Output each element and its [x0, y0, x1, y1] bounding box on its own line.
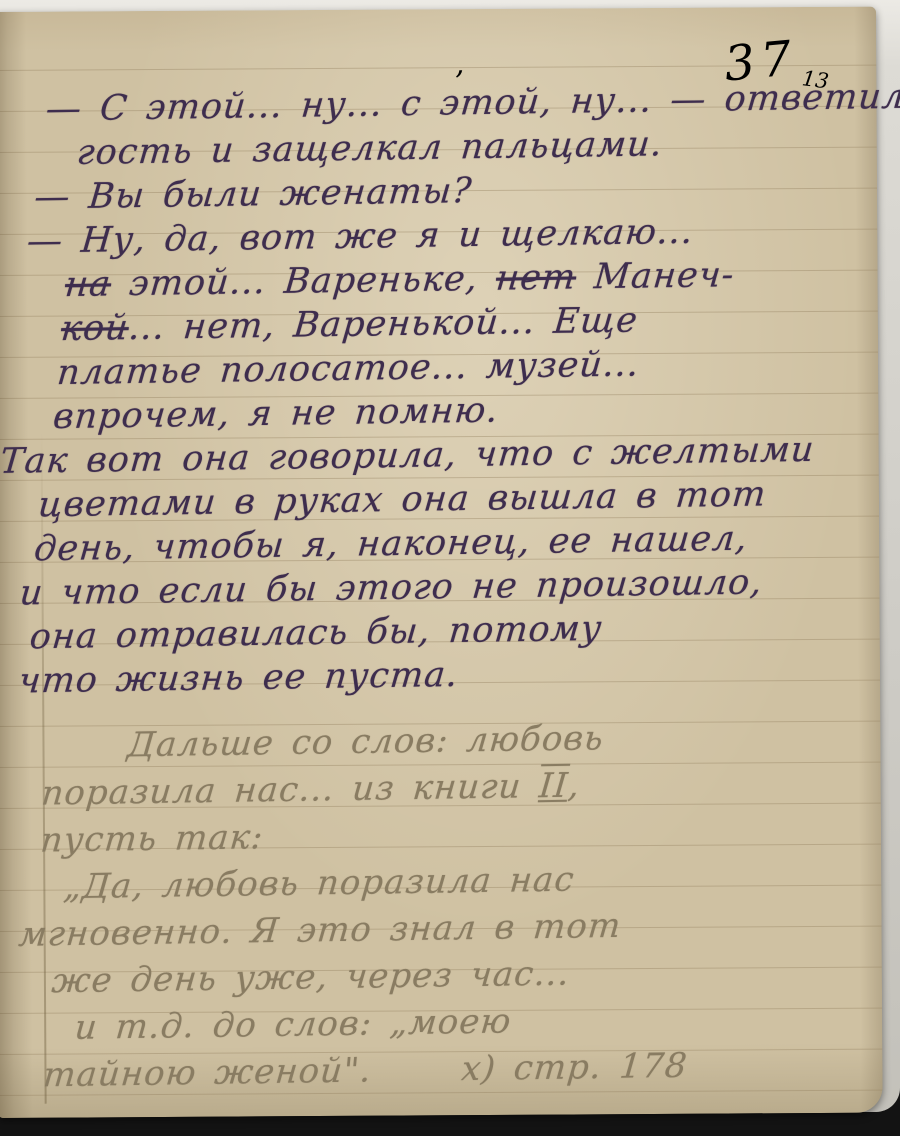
struck-word: кой [59, 308, 130, 349]
handwriting-text: она отравилась бы, потому [28, 609, 604, 658]
ink-manuscript-text: — С этой... ну... с этой, ну... — ответи… [0, 75, 859, 704]
handwriting-text: пусть так: [39, 817, 265, 860]
handwriting-text: II [537, 766, 570, 806]
handwriting-text: впрочем, я не помню. [51, 391, 500, 438]
handwriting-text: — Вы были женаты? [33, 171, 474, 218]
handwriting-text: что жизнь ее пуста. [17, 655, 460, 702]
handwriting-text: и что если бы этого не произошло, [18, 562, 764, 613]
handwriting-text: тайною женой". [42, 1050, 392, 1095]
handwriting-text: ... нет, Варенькой... Еще [127, 301, 640, 349]
handwriting-text: этой... Вареньке, [109, 259, 498, 305]
struck-word: нет [494, 258, 578, 299]
handwriting-text: платье полосатое... музей... [55, 344, 641, 393]
handwriting-text: гость и защелкал пальцами. [75, 124, 664, 173]
handwriting-text: х) стр. 178 [460, 1046, 690, 1089]
photograph-background: 3713 ’ — С этой... ну... с этой, ну... —… [0, 0, 900, 1136]
handwriting-text: поразила нас... из книги [40, 766, 541, 813]
handwriting-text: мгновенно. Я это знал в тот [17, 906, 623, 955]
handwriting-text: Дальше со слов: любовь [126, 718, 606, 765]
handwriting-text: — Ну, да, вот же я и щелкаю... [25, 212, 695, 262]
handwriting-text: „Да, любовь поразила нас [62, 860, 576, 908]
handwriting-text: , [566, 766, 581, 806]
handwriting-text: Манеч- [574, 255, 736, 297]
struck-word: на [63, 264, 113, 305]
handwriting-text: же день уже, через час... [50, 954, 571, 1002]
pencil-manuscript-text: Дальше со слов: любовьпоразила нас... из… [0, 711, 863, 1099]
notebook-page: 3713 ’ — С этой... ну... с этой, ну... —… [0, 7, 883, 1118]
handwriting-text: и т.д. до слов: „моею [73, 1001, 513, 1047]
